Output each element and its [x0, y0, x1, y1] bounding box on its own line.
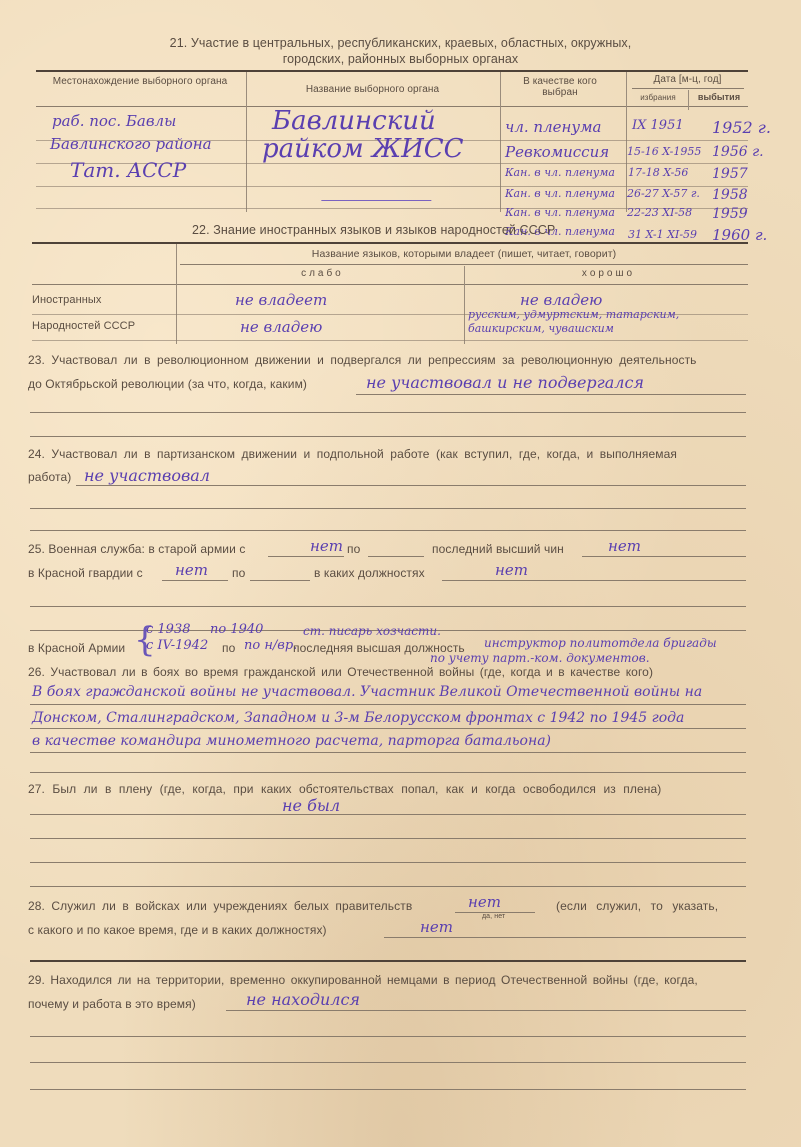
role-cell: Кан. в чл. пленума	[505, 166, 615, 179]
answer-line	[30, 960, 746, 962]
red-guard-from[interactable]: нет	[175, 561, 208, 579]
answer-line	[30, 436, 746, 437]
column-divider	[176, 244, 177, 344]
column-header-left: выбытия	[690, 92, 748, 102]
column-divider	[464, 266, 465, 344]
section-28-line2: с какого и по какое время, где и в каких…	[28, 923, 327, 937]
left-cell: 1956 г.	[712, 144, 764, 160]
divider	[32, 284, 748, 285]
answer-line	[268, 556, 344, 557]
section-21-title-line1: 21. Участие в центральных, республиканск…	[0, 36, 801, 50]
answer-line	[30, 752, 746, 753]
answer-line	[250, 580, 310, 581]
organ-name-line: Бавлинский	[272, 106, 436, 136]
elected-cell: 22-23 XI-58	[627, 206, 692, 219]
answer-line	[582, 556, 746, 557]
role-cell: чл. пленума	[505, 118, 601, 136]
answer-line	[30, 704, 746, 705]
red-army-to-label: по	[222, 641, 235, 655]
elected-cell: 26-27 X-57 г.	[627, 187, 700, 200]
divider	[632, 88, 744, 89]
answer-line	[30, 1089, 746, 1090]
old-army-rank[interactable]: нет	[608, 537, 641, 555]
column-header-role: В качестве кого выбран	[505, 76, 615, 98]
red-guard-position-label: в каких должностях	[314, 566, 425, 580]
role-cell: Кан. в чл. пленума	[505, 187, 615, 200]
answer-line	[356, 394, 746, 395]
answer-line	[30, 862, 746, 863]
ussr-good-line1: русским, удмуртским, татарским,	[468, 308, 679, 321]
foreign-weak: не владеет	[235, 291, 327, 309]
answer-line	[30, 606, 746, 607]
column-header-good: х о р о ш о	[466, 268, 748, 279]
section-26-answer-line1[interactable]: В боях гражданской войны не участвовал. …	[32, 684, 702, 700]
red-army-role-1[interactable]: ст. писарь хозчасти.	[303, 624, 441, 638]
answer-line	[30, 728, 746, 729]
answer-line	[442, 580, 746, 581]
section-27-line1: 27. Был ли в плену (где, когда, при каки…	[28, 782, 661, 796]
column-divider	[688, 90, 689, 110]
answer-line	[30, 814, 746, 815]
section-25-label-red-guard: в Красной гвардии с	[28, 566, 143, 580]
column-header-organ: Название выборного органа	[250, 84, 495, 95]
red-guard-position[interactable]: нет	[495, 561, 528, 579]
answer-line	[30, 508, 746, 509]
ussr-good-line2: башкирским, чувашским	[468, 322, 614, 335]
language-subheader: Название языков, которыми владеет (пишет…	[180, 248, 748, 260]
section-27-answer[interactable]: не был	[282, 796, 340, 815]
section-26-line1: 26. Участвовал ли в боях во время гражда…	[28, 665, 653, 679]
location-line: Бавлинского района	[50, 135, 212, 153]
left-cell: 1957	[712, 166, 748, 182]
answer-line	[162, 580, 228, 581]
section-26-answer-line2[interactable]: Донском, Сталинградском, Западном и 3-м …	[32, 710, 684, 726]
elected-cell: 31 X-1 XI-59	[628, 228, 697, 241]
elected-cell: 15-16 X-1955	[627, 145, 701, 158]
section-24-answer[interactable]: не участвовал	[84, 466, 210, 485]
row-label-foreign: Иностранных	[32, 294, 102, 306]
divider	[32, 242, 748, 244]
last-position-line2[interactable]: по учету парт.-ком. документов.	[430, 651, 650, 665]
foreign-good: не владею	[520, 291, 602, 309]
role-cell: Ревкомиссия	[505, 143, 609, 161]
location-line: Тат. АССР	[70, 158, 186, 182]
section-28-answer1[interactable]: нет	[468, 893, 501, 911]
divider	[180, 264, 748, 265]
elected-cell: 17-18 X-56	[628, 166, 688, 179]
red-army-to-2[interactable]: по н/вр.	[244, 638, 297, 653]
answer-line	[30, 412, 746, 413]
divider	[36, 70, 748, 72]
section-28-line1: 28. Служил ли в войсках или учреждениях …	[28, 899, 412, 913]
answer-line	[226, 1010, 746, 1011]
location-line: раб. пос. Бавлы	[52, 112, 176, 130]
organ-name-line: райком ЖИСС	[262, 134, 464, 164]
section-22-title: 22. Знание иностранных языков и языков н…	[192, 223, 555, 237]
section-21-title-line2: городских, районных выборных органах	[0, 52, 801, 66]
answer-line	[30, 530, 746, 531]
section-24-line2: работа)	[28, 470, 71, 484]
section-23-line2: до Октябрьской революции (за что, когда,…	[28, 377, 307, 391]
answer-line	[76, 485, 746, 486]
answer-line	[30, 838, 746, 839]
ussr-weak: не владею	[240, 318, 322, 336]
red-army-label: в Красной Армии	[28, 641, 125, 655]
section-24-line1: 24. Участвовал ли в партизанском движени…	[28, 447, 677, 461]
answer-line	[30, 1062, 746, 1063]
left-cell: 1958	[712, 187, 748, 203]
section-26-answer-line3[interactable]: в качестве командира минометного расчета…	[32, 733, 551, 749]
section-28-hint: да, нет	[482, 913, 505, 920]
answer-line	[30, 772, 746, 773]
answer-line	[368, 556, 424, 557]
section-29-answer[interactable]: не находился	[246, 990, 360, 1009]
column-header-elected: избрания	[628, 93, 688, 102]
last-position-line1[interactable]: инструктор политотдела бригады	[484, 636, 717, 650]
old-army-rank-label: последний высший чин	[432, 542, 564, 556]
column-header-location: Местонахождение выборного органа	[40, 76, 240, 87]
old-army-from[interactable]: нет	[310, 537, 343, 555]
answer-line	[384, 937, 746, 938]
red-army-to-1[interactable]: по 1940	[210, 622, 263, 637]
column-header-weak: с л а б о	[180, 268, 462, 279]
answer-line	[30, 886, 746, 887]
old-army-to-label: по	[347, 542, 360, 556]
strike-line	[321, 170, 449, 201]
red-army-from-2[interactable]: с IV-1942	[146, 638, 208, 653]
column-header-date: Дата [м-ц, год]	[630, 74, 745, 85]
left-cell: 1952 г.	[712, 118, 771, 137]
elected-cell: IX 1951	[632, 118, 684, 133]
left-cell: 1959	[712, 206, 748, 222]
section-28-answer2[interactable]: нет	[420, 918, 453, 936]
red-guard-to-label: по	[232, 566, 245, 580]
section-23-answer[interactable]: не участвовал и не подвергался	[366, 373, 644, 392]
section-28-line1-b: (если служил, то указать,	[556, 899, 718, 913]
red-army-from-1[interactable]: с 1938	[146, 622, 191, 637]
column-divider	[500, 72, 501, 212]
section-23-line1: 23. Участвовал ли в революционном движен…	[28, 353, 697, 367]
answer-line	[30, 1036, 746, 1037]
role-cell: Кан. в чл. пленума	[505, 206, 615, 219]
row-label-ussr: Народностей СССР	[32, 320, 135, 332]
section-29-line2: почему и работа в это время)	[28, 997, 196, 1011]
section-29-line1: 29. Находился ли на территории, временно…	[28, 973, 698, 987]
section-25-label-old-army: 25. Военная служба: в старой армии с	[28, 542, 245, 556]
column-divider	[246, 72, 247, 212]
divider	[32, 340, 748, 341]
